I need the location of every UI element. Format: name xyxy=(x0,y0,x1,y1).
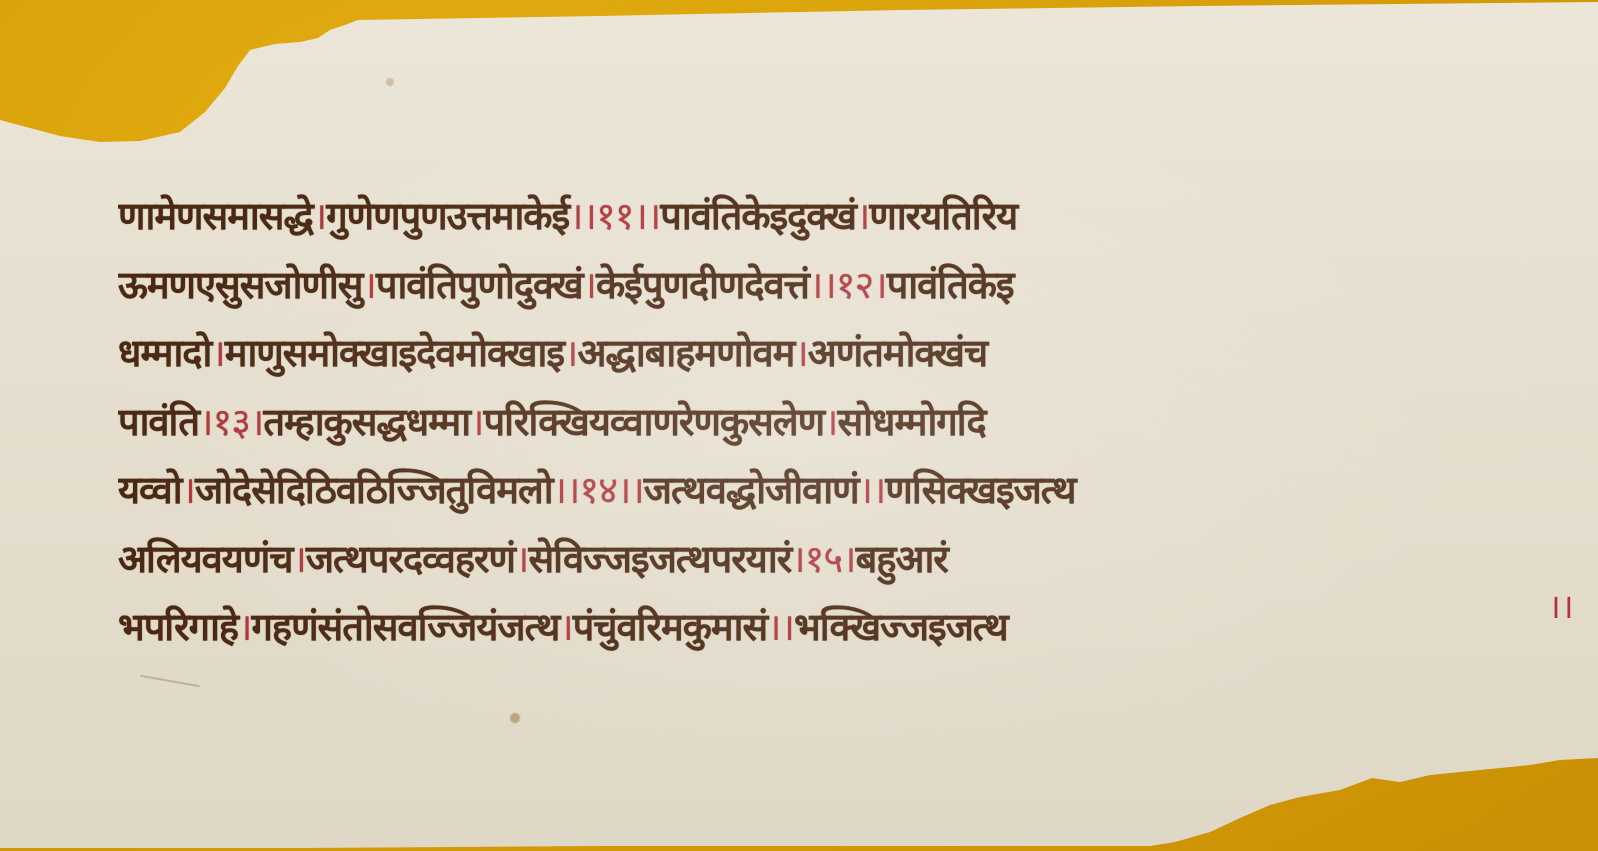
danda-mark: ।। xyxy=(859,468,886,512)
danda-mark: । xyxy=(238,605,251,649)
paper-scratch xyxy=(140,675,199,687)
manuscript-text: णामेणसमासद्धे।गुणेणपुणउत्तमाकेई।।११।।पाव… xyxy=(118,186,1448,666)
text-line-3: धम्मादो।माणुसमोक्खाइदेवमोक्खाइ।अद्धाबाहम… xyxy=(118,323,1448,392)
text-line-7: भपरिगाहे।गहणंसंतोसवज्जियंजत्थ।पंचुंवरिमक… xyxy=(118,597,1448,666)
text-segment: जोदेसेदिठिवठिज्जितुविमलो xyxy=(195,468,553,512)
text-segment: णारयतिरिय xyxy=(869,194,1017,238)
text-line-6: अलियवयणंच।जत्थपरदव्वहरणं।सेविज्जइजत्थपरय… xyxy=(118,529,1448,598)
verse-number: ।१५। xyxy=(791,537,855,581)
text-segment: अणंतमोक्खंच xyxy=(808,331,987,375)
text-segment: यव्वो xyxy=(118,468,182,512)
text-segment: पावंतिकेइदुक्खं xyxy=(660,194,856,238)
text-segment: भपरिगाहे xyxy=(118,605,238,649)
verse-number: ।।११।। xyxy=(569,194,660,238)
danda-mark: । xyxy=(182,468,195,512)
text-segment: अद्धाबाहमणोवम xyxy=(577,331,794,375)
danda-mark: । xyxy=(559,605,572,649)
danda-mark: । xyxy=(583,263,596,307)
text-segment: गुणेणपुणउत्तमाकेई xyxy=(326,194,569,238)
text-segment: पावंति xyxy=(118,400,199,444)
text-segment: ऊमणएसुसजोणीसु xyxy=(118,263,362,307)
danda-mark: । xyxy=(856,194,869,238)
text-segment: पावंतिकेइ xyxy=(887,263,1014,307)
text-segment: माणुसमोक्खाइदेवमोक्खाइ xyxy=(225,331,564,375)
manuscript-folio: णामेणसमासद्धे।गुणेणपुणउत्तमाकेई।।११।।पाव… xyxy=(0,0,1598,851)
text-segment: धम्मादो xyxy=(118,331,211,375)
text-segment: बहुआरं xyxy=(856,537,948,581)
danda-mark: । xyxy=(470,400,483,444)
verse-number: ।।१२। xyxy=(809,263,887,307)
verse-number: ।१३। xyxy=(199,400,263,444)
margin-danda-mark: ।। xyxy=(1548,582,1574,628)
text-segment: गहणंसंतोसवज्जियंजत्थ xyxy=(252,605,560,649)
danda-mark: । xyxy=(794,331,807,375)
danda-mark: । xyxy=(292,537,305,581)
text-segment: तम्हाकुसद्धधम्मा xyxy=(263,400,470,444)
text-segment: णसिक्खइजत्थ xyxy=(885,468,1075,512)
text-line-2: ऊमणएसुसजोणीसु।पावंतिपुणोदुक्खं।केईपुणदीण… xyxy=(118,255,1448,324)
danda-mark: । xyxy=(515,537,528,581)
text-segment: जत्थपरदव्वहरणं xyxy=(306,537,515,581)
danda-mark: ।। xyxy=(767,605,794,649)
danda-mark: । xyxy=(824,400,837,444)
text-line-1: णामेणसमासद्धे।गुणेणपुणउत्तमाकेई।।११।।पाव… xyxy=(118,186,1448,255)
text-segment: सेविज्जइजत्थपरयारं xyxy=(528,537,791,581)
danda-mark: । xyxy=(564,331,577,375)
text-line-5: यव्वो।जोदेसेदिठिवठिज्जितुविमलो।।१४।।जत्थ… xyxy=(118,460,1448,529)
text-segment: परिक्खियव्वाणरेणकुसलेण xyxy=(484,400,825,444)
danda-mark: । xyxy=(362,263,375,307)
danda-mark: । xyxy=(313,194,326,238)
verse-number: ।।१४।। xyxy=(553,468,644,512)
text-segment: भक्खिज्जइजत्थ xyxy=(794,605,1008,649)
text-segment: सोधम्मोगदि xyxy=(837,400,985,444)
text-segment: पंचुंवरिमकुमासं xyxy=(573,605,767,649)
text-segment: केईपुणदीणदेवत्तं xyxy=(596,263,809,307)
text-segment: जत्थवद्धोजीवाणं xyxy=(644,468,859,512)
text-segment: अलियवयणंच xyxy=(118,537,292,581)
text-line-4: पावंति।१३।तम्हाकुसद्धधम्मा।परिक्खियव्वाण… xyxy=(118,392,1448,461)
danda-mark: । xyxy=(211,331,224,375)
text-segment: णामेणसमासद्धे xyxy=(118,194,313,238)
text-segment: पावंतिपुणोदुक्खं xyxy=(376,263,583,307)
